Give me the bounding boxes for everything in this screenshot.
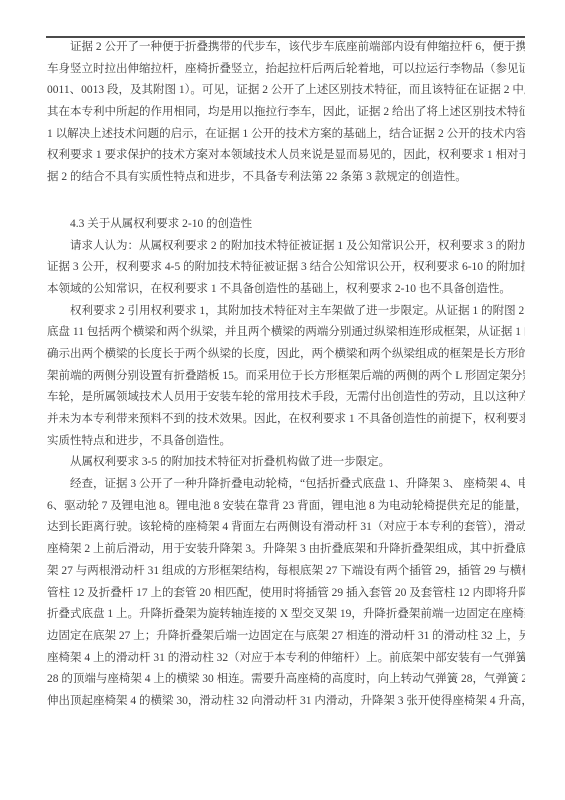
text-line: 管柱 12 及折叠杆 17 上的套管 20 相匹配，使用时将插管 29 插入套管… — [47, 583, 525, 605]
text-line: 1 以解决上述技术问题的启示，在证据 1 公开的技术方案的基础上，结合证据 2 … — [47, 124, 525, 146]
text-line: 架前端的两侧分别设置有折叠踏板 15。而采用位于长方形框架后端的两侧的两个 L … — [47, 366, 525, 388]
text-line: 实质性特点和进步，不具备创造性。 — [47, 431, 525, 453]
text-line: 边固定在底架 27 上；升降折叠架后端一边固定在与底架 27 相连的滑动杆 31… — [47, 626, 525, 648]
text-line: 底盘 11 包括两个横梁和两个纵梁，并且两个横梁的两端分别通过纵梁相连形成框架，… — [47, 322, 525, 344]
text-line: 车身竖立时拉出伸缩拉杆，座椅折叠竖立，抬起拉杆后两后轮着地，可以拉运行李物品（参… — [47, 59, 525, 81]
text-line: 权利要求 1 要求保护的技术方案对本领域技术人员来说是显而易见的，因此，权利要求… — [47, 145, 525, 167]
text-line: 达到长距离行驶。该轮椅的座椅架 4 背面左右两侧设有滑动杆 31（对应于本专利的… — [47, 517, 525, 539]
text-line: 据 2 的结合不具有实质性特点和进步，不具备专利法第 22 条第 3 款规定的创… — [47, 167, 525, 189]
section-heading: 4.3 关于从属权利要求 2-10 的创造性 — [47, 214, 525, 236]
text-line: 证据 2 公开了一种便于折叠携带的代步车，该代步车底座前端部内设有伸缩拉杆 6，… — [47, 37, 525, 59]
text-line: 架 27 与两根滑动杆 31 组成的方形框架结构，每根底架 27 下端设有两个插… — [47, 561, 525, 583]
text-line: 0011、0013 段，及其附图 1）。可见，证据 2 公开了上述区别技术特征，… — [47, 80, 525, 102]
text-line: 6、驱动轮 7 及锂电池 8。锂电池 8 安装在靠背 23 背面，锂电池 8 为… — [47, 496, 525, 518]
text-line: 伸出顶起座椅架 4 的横梁 30，滑动柱 32 向滑动杆 31 内滑动，升降架 … — [47, 691, 525, 713]
text-line: 确示出两个横梁的长度长于两个纵梁的长度，因此，两个横梁和两个纵梁组成的框架是长方… — [47, 344, 525, 366]
text-line: 其在本专利中所起的作用相同，均是用以拖拉行李车，因此，证据 2 给出了将上述区别… — [47, 102, 525, 124]
text-line: 28 的顶端与座椅架 4 上的横梁 30 相连。需要升高座椅的高度时，向上转动气… — [47, 669, 525, 691]
text-line: 经查，证据 3 公开了一种升降折叠电动轮椅，“包括折叠式底盘 1、升降架 3、 … — [47, 474, 525, 496]
text-line: 请求人认为：从属权利要求 2 的附加技术特征被证据 1 及公知常识公开，权利要求… — [47, 236, 525, 258]
text-line: 从属权利要求 3-5 的附加技术特征对折叠机构做了进一步限定。 — [47, 452, 525, 474]
text-line: 证据 3 公开，权利要求 4-5 的附加技术特征被证据 3 结合公知常识公开，权… — [47, 257, 525, 279]
text-line: 本领域的公知常识，在权利要求 1 不具备创造性的基础上，权利要求 2-10 也不… — [47, 279, 525, 301]
text-line: 座椅架 2 上前后滑动，用于安装升降架 3。升降架 3 由折叠底架和升降折叠架组… — [47, 539, 525, 561]
text-line: 座椅架 4 上的滑动杆 31 的滑动柱 32（对应于本专利的伸缩杆）上。前底架中… — [47, 648, 525, 670]
text-line: 车轮，是所属领域技术人员用于安装车轮的常用技术手段，无需付出创造性的劳动，且以这… — [47, 387, 525, 409]
text-line: 权利要求 2 引用权利要求 1，其附加技术特征对主车架做了进一步限定。从证据 1… — [47, 301, 525, 323]
document-page: 证据 2 公开了一种便于折叠携带的代步车，该代步车底座前端部内设有伸缩拉杆 6，… — [0, 0, 565, 800]
document-text: 证据 2 公开了一种便于折叠携带的代步车，该代步车底座前端部内设有伸缩拉杆 6，… — [47, 37, 525, 713]
text-line: 折叠式底盘 1 上。升降折叠架为旋转轴连接的 X 型交叉架 19，升降折叠架前端… — [47, 604, 525, 626]
text-line: 并未为本专利带来预料不到的技术效果。因此，在权利要求 1 不具备创造性的前提下，… — [47, 409, 525, 431]
